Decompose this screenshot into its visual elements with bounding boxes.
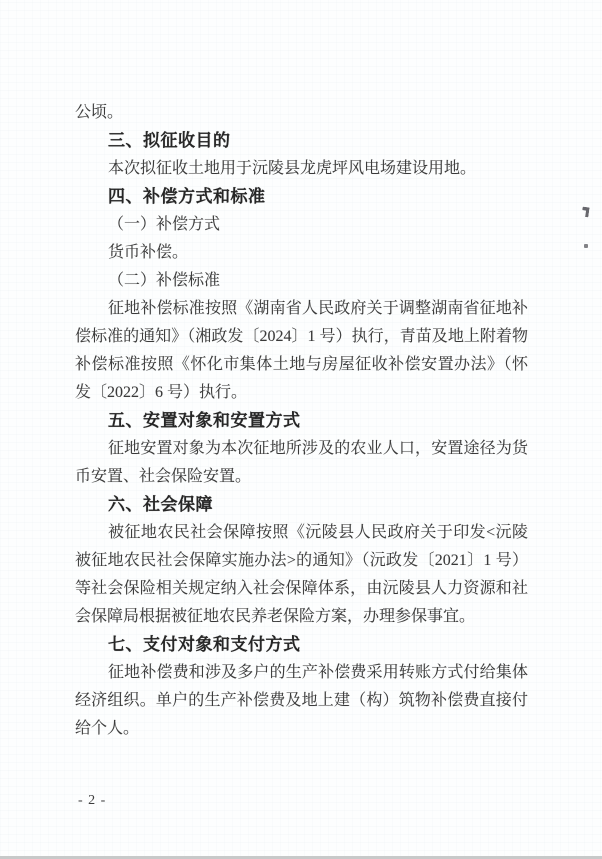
section-heading: 四、补偿方式和标准 [75,183,528,211]
text-line: 会保障局根据被征地农民养老保险方案，办理参保事宜。 [75,603,528,631]
text-line: 给个人。 [75,715,528,743]
section-heading: 三、拟征收目的 [75,127,528,155]
page-number: - 2 - [78,792,106,810]
section-heading: 七、支付对象和支付方式 [75,631,528,659]
section-heading: 六、社会保障 [75,491,528,519]
text-line: 被征地农民社会保障实施办法>的通知》（沅政发〔2021〕1 号） [75,547,528,575]
scan-artifact [581,207,589,218]
text-line: 等社会保险相关规定纳入社会保障体系，由沅陵县人力资源和社 [75,575,528,603]
text-line: 征地补偿费和涉及多户的生产补偿费采用转账方式付给集体 [75,659,528,687]
text-line: 货币补偿。 [75,239,528,267]
sub-heading: （二）补偿标准 [75,267,528,295]
sub-heading: （一）补偿方式 [75,211,528,239]
scan-artifact [584,244,588,248]
text-line: 公顷。 [75,99,528,127]
text-line: 发〔2022〕6 号）执行。 [75,379,528,407]
document-page: 公顷。 三、拟征收目的 本次拟征收土地用于沅陵县龙虎坪风电场建设用地。 四、补偿… [0,0,602,859]
text-line: 币安置、社会保险安置。 [75,463,528,491]
text-line: 本次拟征收土地用于沅陵县龙虎坪风电场建设用地。 [75,155,528,183]
text-line: 偿标准的通知》（湘政发〔2024〕1 号）执行，青苗及地上附着物 [75,323,528,351]
text-line: 征地安置对象为本次征地所涉及的农业人口，安置途径为货 [75,435,528,463]
section-heading: 五、安置对象和安置方式 [75,407,528,435]
text-line: 经济组织。单户的生产补偿费及地上建（构）筑物补偿费直接付 [75,687,528,715]
document-body: 公顷。 三、拟征收目的 本次拟征收土地用于沅陵县龙虎坪风电场建设用地。 四、补偿… [75,99,528,743]
text-line: 补偿标准按照《怀化市集体土地与房屋征收补偿安置办法》（怀政 [75,351,528,379]
text-line: 征地补偿标准按照《湖南省人民政府关于调整湖南省征地补 [75,295,528,323]
text-line: 被征地农民社会保障按照《沅陵县人民政府关于印发<沅陵县 [75,519,528,547]
